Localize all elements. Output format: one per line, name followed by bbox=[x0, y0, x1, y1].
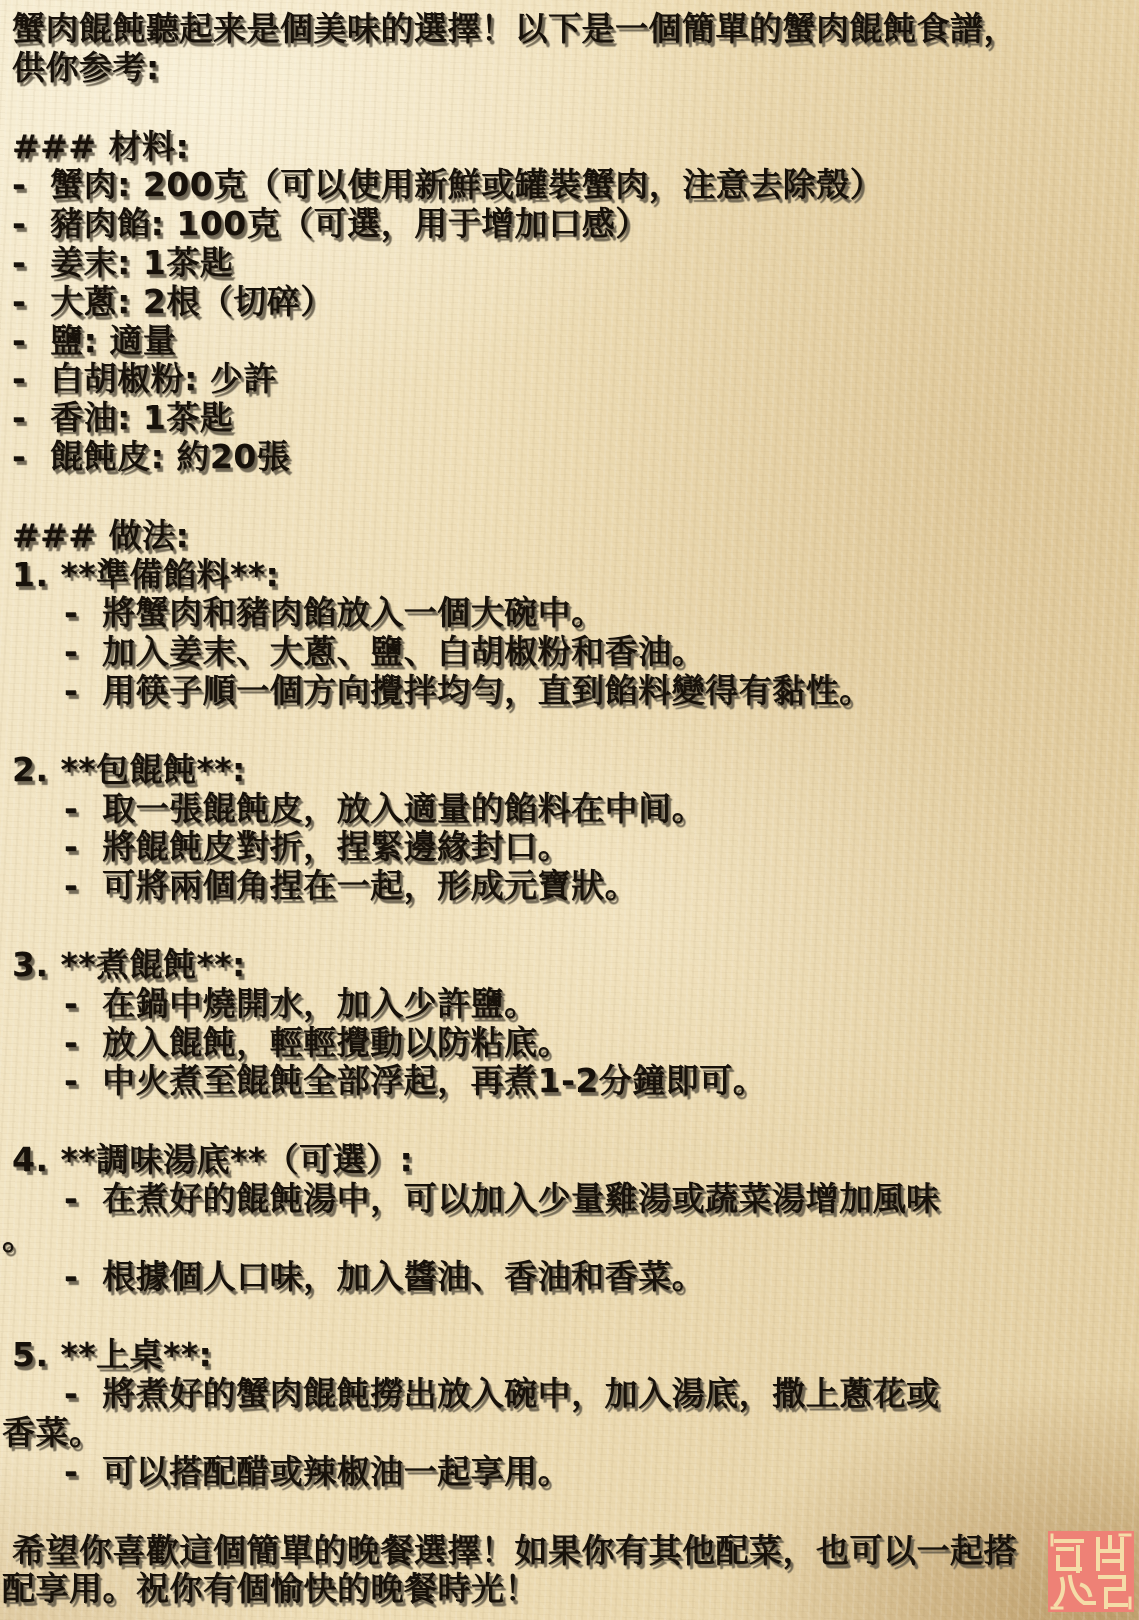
bullet-line: - 在鍋中燒開水，加入少許鹽。 bbox=[0, 985, 1139, 1024]
bullet-line: - 取一張餛飩皮，放入適量的餡料在中间。 bbox=[0, 790, 1139, 829]
bullet-line: - 餛飩皮: 約20張 bbox=[0, 438, 1139, 477]
text-line: 。 bbox=[0, 1219, 1139, 1258]
bullet-line: - 鹽: 適量 bbox=[0, 322, 1139, 361]
bullet-line: - 姜末: 1茶匙 bbox=[0, 244, 1139, 283]
bullet-line: - 中火煮至餛飩全部浮起，再煮1-2分鐘即可。 bbox=[0, 1062, 1139, 1101]
parchment-page: 蟹肉餛飩聽起来是個美味的選擇！以下是一個簡單的蟹肉餛飩食譜，供你参考:### 材… bbox=[0, 0, 1139, 1620]
section-heading: ### 材料: bbox=[0, 128, 1139, 167]
bullet-line: - 放入餛飩，輕輕攪動以防粘底。 bbox=[0, 1024, 1139, 1063]
text-line: 希望你喜歡這個簡單的晚餐選擇！如果你有其他配菜，也可以一起搭 bbox=[0, 1532, 1139, 1571]
step-heading: 1. **準備餡料**: bbox=[0, 556, 1139, 595]
bullet-line: - 在煮好的餛飩湯中，可以加入少量雞湯或蔬菜湯增加風味 bbox=[0, 1180, 1139, 1219]
bullet-line: - 將煮好的蟹肉餛飩撈出放入碗中，加入湯底，撒上蔥花或 bbox=[0, 1375, 1139, 1414]
bullet-line: - 將餛飩皮對折，捏緊邊緣封口。 bbox=[0, 828, 1139, 867]
text-line: 蟹肉餛飩聽起来是個美味的選擇！以下是一個簡單的蟹肉餛飩食譜， bbox=[0, 10, 1139, 49]
bullet-line: - 可以搭配醋或辣椒油一起享用。 bbox=[0, 1453, 1139, 1492]
step-heading: 2. **包餛飩**: bbox=[0, 751, 1139, 790]
bullet-line: - 將蟹肉和豬肉餡放入一個大碗中。 bbox=[0, 594, 1139, 633]
step-heading: 5. **上桌**: bbox=[0, 1336, 1139, 1375]
bullet-line: - 可將兩個角捏在一起，形成元寶狀。 bbox=[0, 867, 1139, 906]
bullet-line: - 加入姜末、大蔥、鹽、白胡椒粉和香油。 bbox=[0, 633, 1139, 672]
text-line: 香菜。 bbox=[0, 1414, 1139, 1453]
step-heading: 4. **調味湯底**（可選）: bbox=[0, 1141, 1139, 1180]
bullet-line: - 根據個人口味，加入醬油、香油和香菜。 bbox=[0, 1258, 1139, 1297]
bullet-line: - 豬肉餡: 100克（可選，用于增加口感） bbox=[0, 205, 1139, 244]
bullet-line: - 大蔥: 2根（切碎） bbox=[0, 283, 1139, 322]
bullet-line: - 蟹肉: 200克（可以使用新鮮或罐裝蟹肉，注意去除殼） bbox=[0, 166, 1139, 205]
recipe-document: 蟹肉餛飩聽起来是個美味的選擇！以下是一個簡單的蟹肉餛飩食譜，供你参考:### 材… bbox=[0, 0, 1139, 1620]
section-heading: ### 做法: bbox=[0, 517, 1139, 556]
text-line: 配享用。祝你有個愉快的晚餐時光！ bbox=[0, 1570, 1139, 1609]
bullet-line: - 白胡椒粉: 少許 bbox=[0, 360, 1139, 399]
bullet-line: - 香油: 1茶匙 bbox=[0, 399, 1139, 438]
bullet-line: - 用筷子順一個方向攪拌均勻，直到餡料變得有黏性。 bbox=[0, 672, 1139, 711]
text-line: 供你参考: bbox=[0, 49, 1139, 88]
step-heading: 3. **煮餛飩**: bbox=[0, 946, 1139, 985]
